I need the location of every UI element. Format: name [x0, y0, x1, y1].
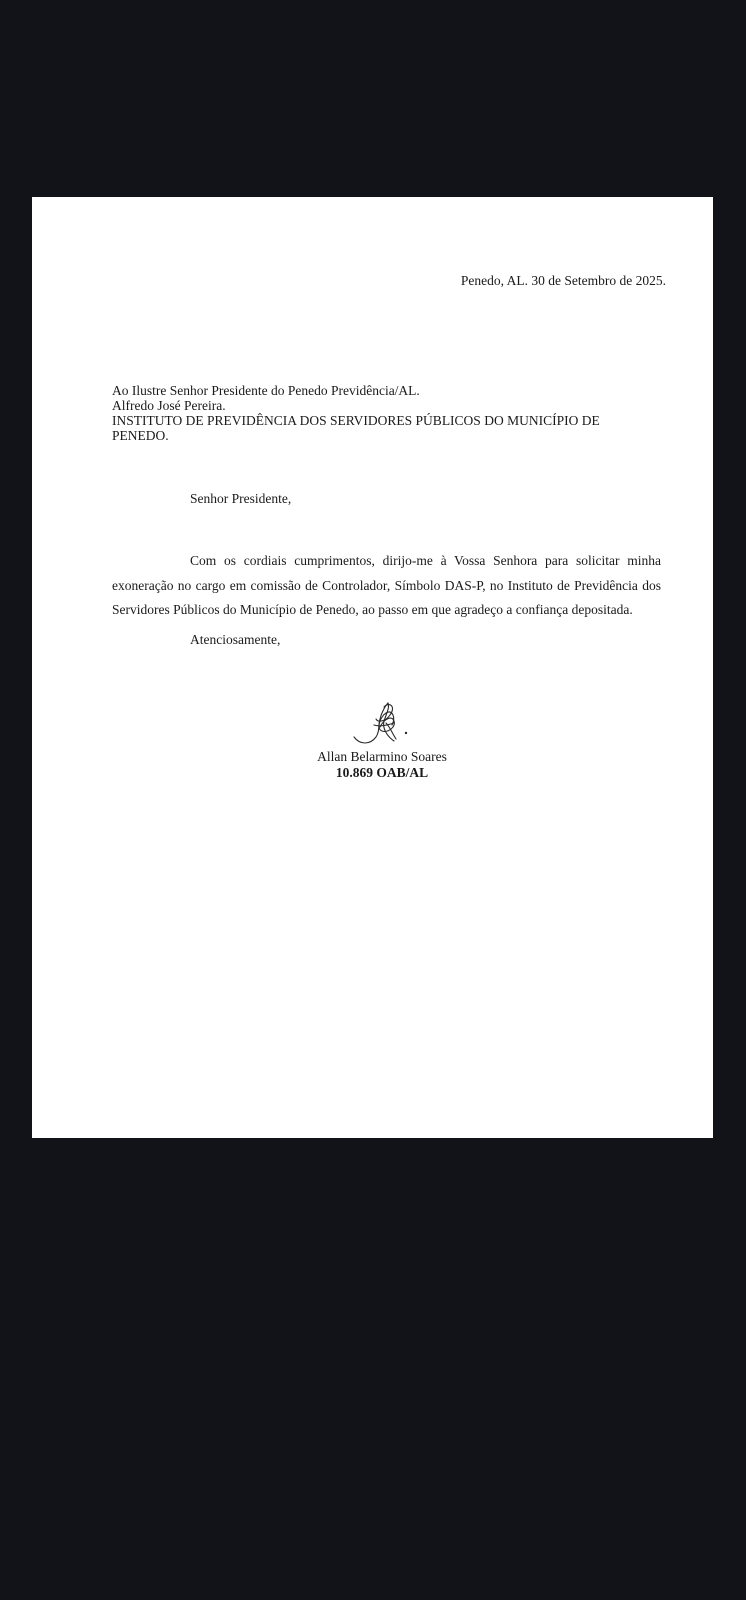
closing: Atenciosamente,	[190, 632, 280, 648]
salutation: Senhor Presidente,	[190, 491, 291, 507]
date-line: Penedo, AL. 30 de Setembro de 2025.	[461, 273, 666, 289]
signer-registration: 10.869 OAB/AL	[32, 765, 732, 781]
recipient-line-2: Alfredo José Pereira.	[112, 398, 632, 413]
recipient-block: Ao Ilustre Senhor Presidente do Penedo P…	[112, 383, 632, 443]
recipient-institution: INSTITUTO DE PREVIDÊNCIA DOS SERVIDORES …	[112, 413, 632, 443]
letter-page: Penedo, AL. 30 de Setembro de 2025. Ao I…	[32, 197, 713, 1138]
signature-icon	[350, 697, 414, 751]
recipient-line-1: Ao Ilustre Senhor Presidente do Penedo P…	[112, 383, 632, 398]
signer-name: Allan Belarmino Soares	[32, 749, 732, 765]
letter-body: Com os cordiais cumprimentos, dirijo-me …	[112, 549, 661, 623]
